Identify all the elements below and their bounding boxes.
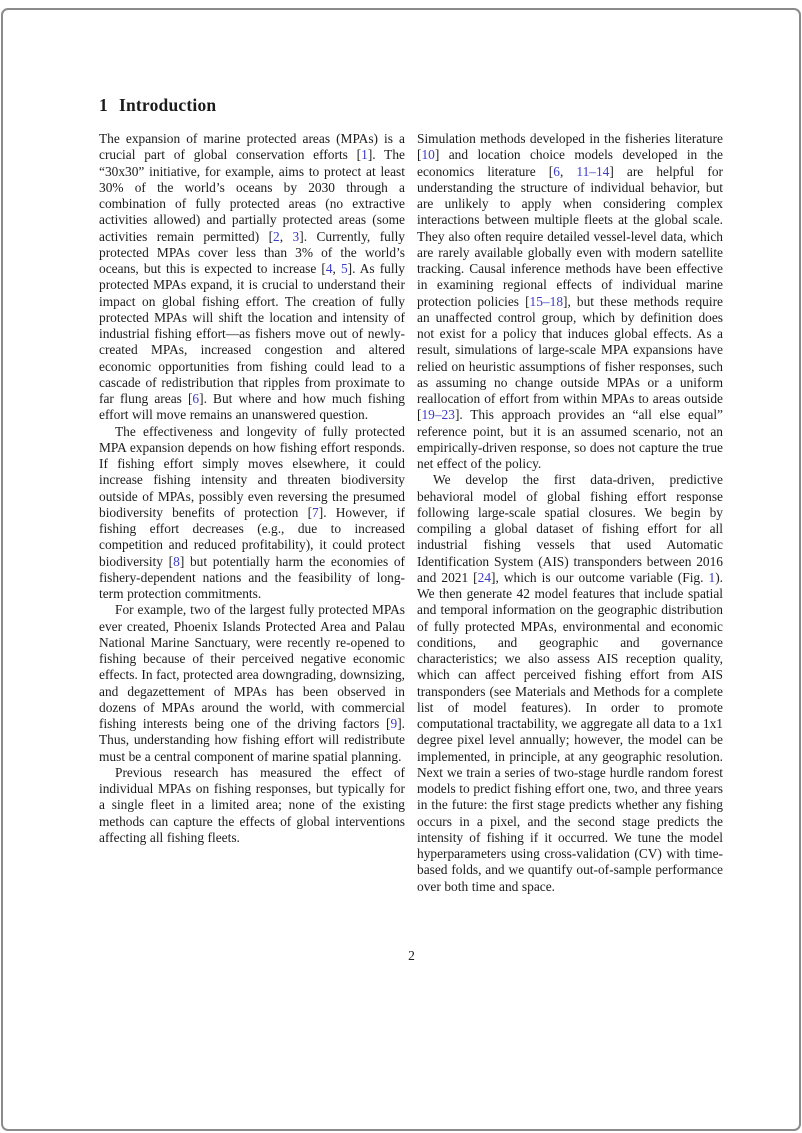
text-run: Previous research has measured the effec… [99, 765, 405, 845]
text-run: ] are helpful for understanding the stru… [417, 164, 723, 309]
text-run: ], which is our outcome variable (Fig. [491, 570, 708, 585]
text-run: The expansion of marine protected areas … [99, 131, 405, 162]
paragraph: Previous research has measured the effec… [99, 765, 405, 846]
text-run: , [333, 261, 341, 276]
citation-link[interactable]: 7 [312, 505, 319, 520]
citation-link[interactable]: 10 [421, 147, 434, 162]
paragraph: The effectiveness and longevity of fully… [99, 424, 405, 603]
paragraph: We develop the first data-driven, predic… [417, 472, 723, 895]
section-number: 1 [99, 95, 108, 115]
text-run: ). We then generate 42 model features th… [417, 570, 723, 894]
paper-page: 1Introduction The expansion of marine pr… [1, 8, 801, 1131]
paragraph: For example, two of the largest fully pr… [99, 602, 405, 765]
text-run: We develop the first data-driven, predic… [417, 472, 723, 585]
citation-link[interactable]: 11–14 [576, 164, 609, 179]
citation-link[interactable]: 4 [326, 261, 333, 276]
citation-link[interactable]: 19–23 [421, 407, 454, 422]
citation-link[interactable]: 24 [478, 570, 491, 585]
text-run: For example, two of the largest fully pr… [99, 602, 405, 731]
paragraph: The expansion of marine protected areas … [99, 131, 405, 424]
text-run: ]. This approach provides an “all else e… [417, 407, 723, 471]
citation-link[interactable]: 15–18 [530, 294, 563, 309]
citation-link[interactable]: 1 [361, 147, 368, 162]
page-content: 1Introduction The expansion of marine pr… [99, 94, 724, 939]
citation-link[interactable]: 5 [341, 261, 348, 276]
paragraph: Simulation methods developed in the fish… [417, 131, 723, 472]
section-title: Introduction [119, 95, 216, 115]
text-run: , [560, 164, 576, 179]
citation-link[interactable]: 2 [273, 229, 280, 244]
text-run: , [280, 229, 293, 244]
text-run: ]. As fully protected MPAs expand, it is… [99, 261, 405, 406]
text-run: ], but these methods require an unaffect… [417, 294, 723, 423]
section-heading: 1Introduction [99, 94, 724, 116]
two-column-layout: The expansion of marine protected areas … [99, 131, 724, 939]
right-column: Simulation methods developed in the fish… [417, 131, 723, 939]
page-number: 2 [99, 948, 724, 964]
citation-link[interactable]: 6 [553, 164, 560, 179]
citation-link[interactable]: 8 [173, 554, 180, 569]
left-column: The expansion of marine protected areas … [99, 131, 405, 939]
